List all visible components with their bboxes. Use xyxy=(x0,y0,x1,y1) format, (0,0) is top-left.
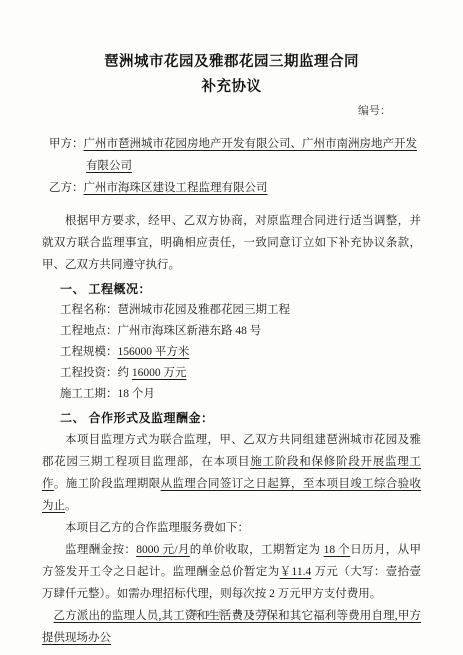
document-title-line2: 补充协议 xyxy=(42,75,421,100)
text-run: ￥11.4 xyxy=(280,566,312,578)
project-investment-line: 工程投资：约 16000 万元 xyxy=(60,363,421,384)
section1-heading: 一、 工程概况： xyxy=(60,278,421,300)
party-b-label: 乙方： xyxy=(49,182,84,194)
text-run: 8000 元/月 xyxy=(136,544,190,556)
party-b-name: 广州市海珠区建设工程监理有限公司 xyxy=(84,182,308,194)
text-run: 。施工阶段监理期限 xyxy=(54,478,161,490)
party-b-row: 乙方：广州市海珠区建设工程监理有限公司 xyxy=(49,177,421,199)
text-run: 16000 万元 xyxy=(132,367,187,379)
document-title-line1: 琶洲城市花园及雅郡花园三期监理合同 xyxy=(42,50,421,75)
party-a-label: 甲方： xyxy=(49,138,84,150)
text-run: 监理酬金按： xyxy=(65,544,136,556)
text-run: 156000 平方米 xyxy=(118,346,190,358)
text-run: 工程地点：广州市海珠区新港东路 48 号 xyxy=(60,325,261,337)
parties-block: 甲方：广州市琶洲城市花园房地产开发有限公司、广州市南洲房地产开发有限公司 乙方：… xyxy=(42,133,421,199)
project-name-line: 工程名称：琶洲城市花园及雅郡花园三期工程 xyxy=(60,300,421,321)
party-a-name: 广州市琶洲城市花园房地产开发有限公司、广州市南洲房地产开发有限公司 xyxy=(84,138,418,172)
section2-heading: 二、 合作形式及监理酬金： xyxy=(60,407,421,429)
text-run: 。 xyxy=(65,500,77,512)
cooperation-paragraph: 本项目监理方式为联合监理，甲、乙双方共同组建琶洲城市花园及雅郡花园三期工程项目监… xyxy=(42,429,421,517)
text-run: 工程名称：琶洲城市花园及雅郡花园三期工程 xyxy=(60,304,290,316)
document-title: 琶洲城市花园及雅郡花园三期监理合同 补充协议 xyxy=(42,50,421,100)
project-info-list: 工程名称：琶洲城市花园及雅郡花园三期工程 工程地点：广州市海珠区新港东路 48 … xyxy=(42,300,421,405)
project-location-line: 工程地点：广州市海珠区新港东路 48 号 xyxy=(60,321,421,342)
fee-terms-paragraph: 监理酬金按：8000 元/月的单价收取，工期暂定为 18 个日历月，从甲方签发开… xyxy=(42,539,421,605)
party-a-row: 甲方：广州市琶洲城市花园房地产开发有限公司、广州市南洲房地产开发有限公司 xyxy=(49,133,421,177)
text-run: 18 个 xyxy=(324,544,351,556)
contract-document-page: 琶洲城市花园及雅郡花园三期监理合同 补充协议 编号： 甲方：广州市琶洲城市花园房… xyxy=(0,0,463,655)
project-scale-line: 工程规模：156000 平方米 xyxy=(60,342,421,363)
page-number-footer: 第 1 页 共 6 页 xyxy=(0,608,463,619)
project-duration-line: 施工工期：18 个月 xyxy=(60,384,421,405)
document-number-label: 编号： xyxy=(42,103,421,119)
intro-paragraph: 根据甲方要求，经甲、乙双方协商，对原监理合同进行适当调整，并就双方联合监理事宜，… xyxy=(42,210,421,276)
text-run: 工程规模： xyxy=(60,346,118,358)
text-run: 广州市海珠区建设工程监理有限公司 xyxy=(84,182,308,194)
text-run: 的单价收取，工期暂定为 xyxy=(190,544,324,556)
text-run: 工程投资：约 xyxy=(60,367,132,379)
text-run: 广州市琶洲城市花园房地产开发有限公司、广州市南洲房地产开发有限公司 xyxy=(84,138,418,172)
service-fee-intro-paragraph: 本项目乙方的合作监理服务费如下： xyxy=(42,517,421,539)
text-run: 施工工期：18 个月 xyxy=(60,388,155,400)
